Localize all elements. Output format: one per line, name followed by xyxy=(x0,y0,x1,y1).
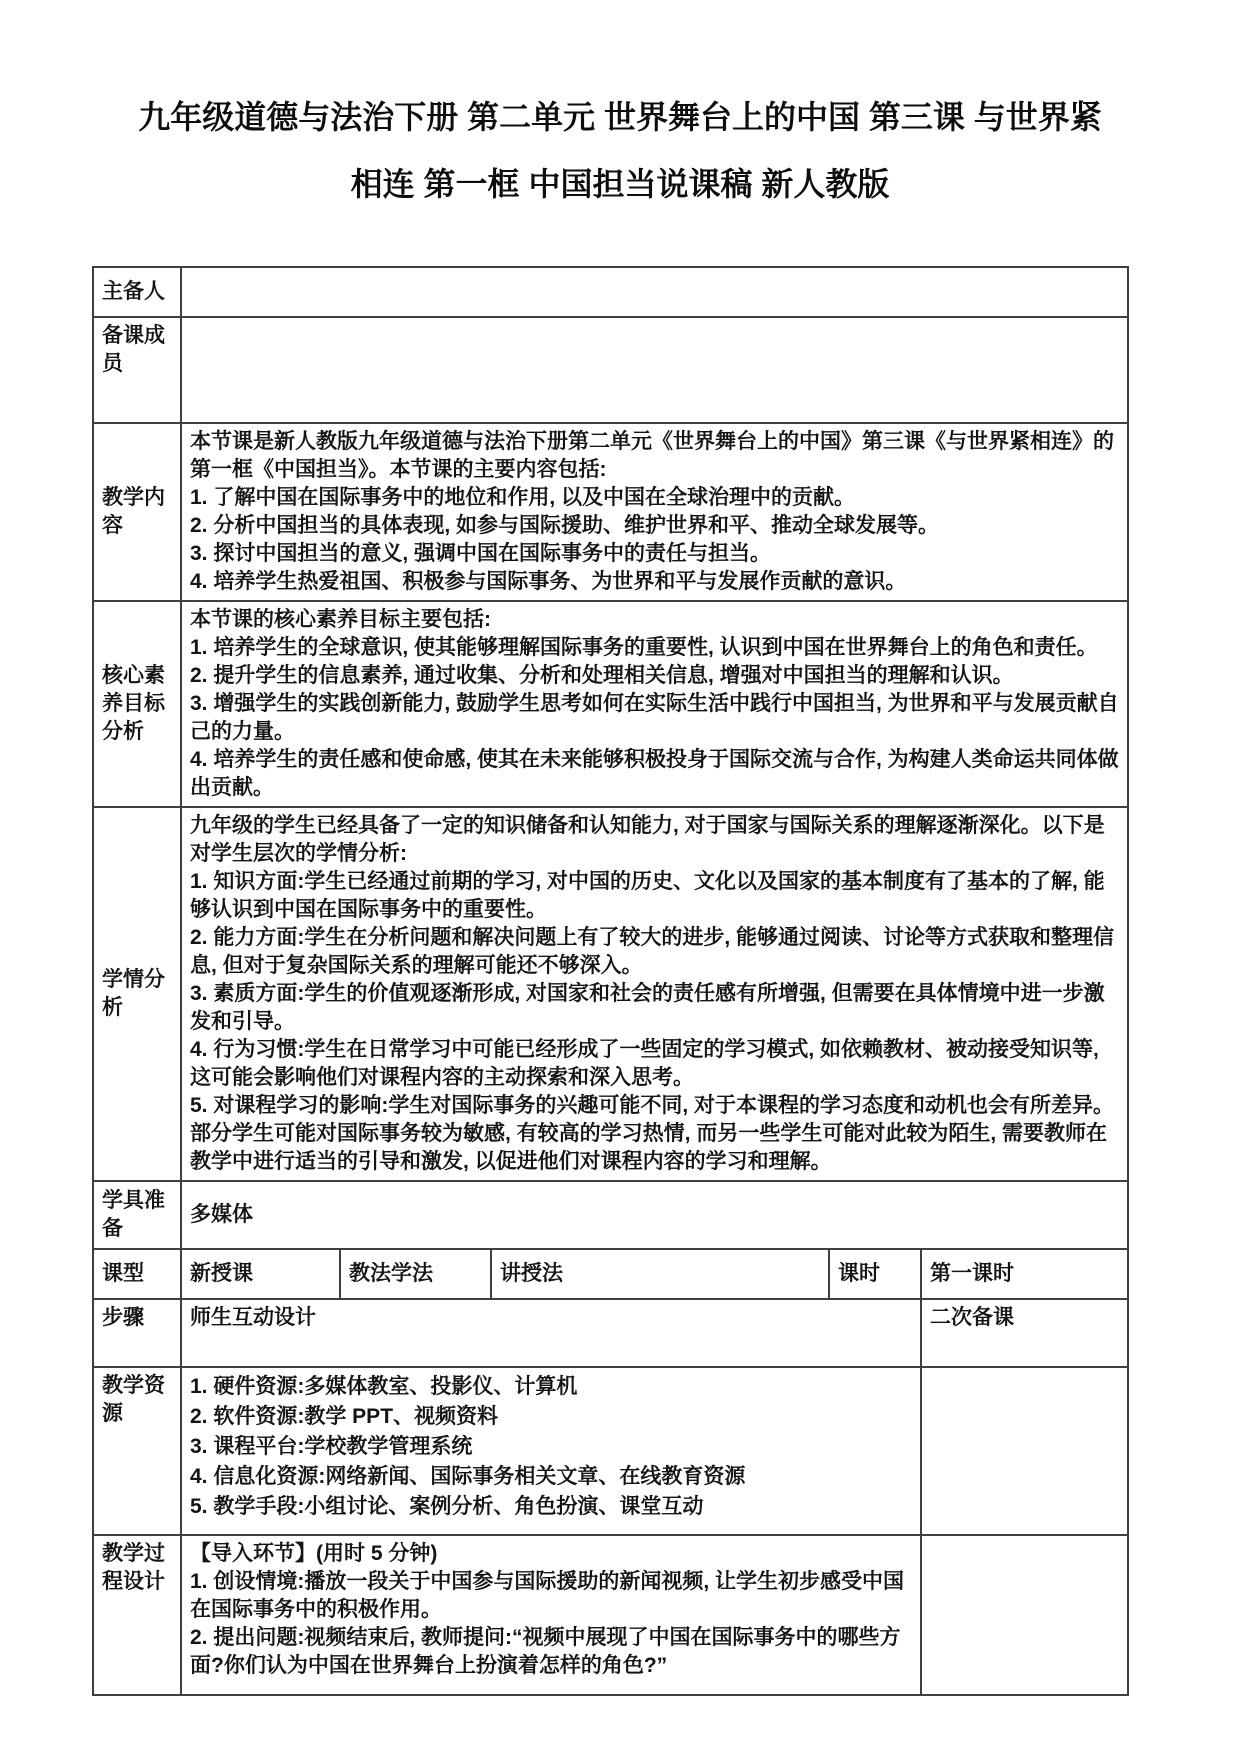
paragraph-line: 4. 行为习惯:学生在日常学习中可能已经形成了一些固定的学习模式, 如依赖教材、… xyxy=(190,1036,1119,1092)
lesson-type-value-cell: 新授课 xyxy=(181,1249,340,1299)
paragraph-line: 【导入环节】(用时 5 分钟) xyxy=(190,1540,912,1568)
paragraph-line: 3. 素质方面:学生的价值观逐渐形成, 对国家和社会的责任感有所增强, 但需要在… xyxy=(190,980,1119,1036)
paragraph-line: 1. 培养学生的全球意识, 使其能够理解国际事务的重要性, 认识到中国在世界舞台… xyxy=(190,634,1119,662)
paragraph-line: 2. 提升学生的信息素养, 通过收集、分析和处理相关信息, 增强对中国担当的理解… xyxy=(190,662,1119,690)
row-teaching-process: 教学过程设计 【导入环节】(用时 5 分钟)1. 创设情境:播放一段关于中国参与… xyxy=(93,1535,1128,1695)
interaction-design-cell: 师生互动设计 xyxy=(181,1299,921,1367)
learner-analysis-label: 学情分析 xyxy=(93,807,181,1181)
teaching-content-cell: 本节课是新人教版九年级道德与法治下册第二单元《世界舞台上的中国》第三课《与世界紧… xyxy=(181,423,1128,601)
paragraph-line: 1. 知识方面:学生已经通过前期的学习, 对中国的历史、文化以及国家的基本制度有… xyxy=(190,868,1119,924)
teaching-content-label: 教学内容 xyxy=(93,423,181,601)
lesson-plan-table: 主备人 备课成员 教学内容 本节课是新人教版九年级道德与法治下册第二单元《世界舞… xyxy=(92,266,1129,1696)
row-learner-analysis: 学情分析 九年级的学生已经具备了一定的知识储备和认知能力, 对于国家与国际关系的… xyxy=(93,807,1128,1181)
paragraph-line: 2. 软件资源:教学 PPT、视频资料 xyxy=(190,1402,912,1432)
paragraph-line: 5. 对课程学习的影响:学生对国际事务的兴趣可能不同, 对于本课程的学习态度和动… xyxy=(190,1092,1119,1176)
lesson-type-value: 新授课 xyxy=(190,1262,253,1285)
row-teaching-content: 教学内容 本节课是新人教版九年级道德与法治下册第二单元《世界舞台上的中国》第三课… xyxy=(93,423,1128,601)
teaching-content-text: 本节课是新人教版九年级道德与法治下册第二单元《世界舞台上的中国》第三课《与世界紧… xyxy=(190,428,1119,596)
paragraph-line: 1. 创设情境:播放一段关于中国参与国际援助的新闻视频, 让学生初步感受中国在国… xyxy=(190,1568,912,1624)
learner-analysis-cell: 九年级的学生已经具备了一定的知识储备和认知能力, 对于国家与国际关系的理解逐渐深… xyxy=(181,807,1128,1181)
lead-preparer-label: 主备人 xyxy=(93,267,181,317)
row-prep-team: 备课成员 xyxy=(93,317,1128,423)
steps-label: 步骤 xyxy=(93,1299,181,1367)
paragraph-line: 九年级的学生已经具备了一定的知识储备和认知能力, 对于国家与国际关系的理解逐渐深… xyxy=(190,812,1119,868)
row-learning-aids: 学具准备 多媒体 xyxy=(93,1181,1128,1249)
paragraph-line: 3. 课程平台:学校教学管理系统 xyxy=(190,1432,912,1462)
teaching-methods-label: 教法学法 xyxy=(340,1249,491,1299)
teaching-process-text: 【导入环节】(用时 5 分钟)1. 创设情境:播放一段关于中国参与国际援助的新闻… xyxy=(190,1540,912,1680)
paragraph-line: 4. 培养学生热爱祖国、积极参与国际事务、为世界和平与发展作贡献的意识。 xyxy=(190,568,1119,596)
paragraph-line: 2. 提出问题:视频结束后, 教师提问:“视频中展现了中国在国际事务中的哪些方面… xyxy=(190,1624,912,1680)
paragraph-line: 2. 分析中国担当的具体表现, 如参与国际援助、维护世界和平、推动全球发展等。 xyxy=(190,512,1119,540)
page-title: 九年级道德与法治下册 第二单元 世界舞台上的中国 第三课 与世界紧 相连 第一框… xyxy=(0,0,1240,218)
teaching-resources-label: 教学资源 xyxy=(93,1367,181,1535)
paragraph-line: 本节课的核心素养目标主要包括: xyxy=(190,606,1119,634)
paragraph-line: 1. 硬件资源:多媒体教室、投影仪、计算机 xyxy=(190,1372,912,1402)
paragraph-line: 4. 培养学生的责任感和使命感, 使其在未来能够积极投身于国际交流与合作, 为构… xyxy=(190,746,1119,802)
secondary-preparation-cell: 二次备课 xyxy=(921,1299,1128,1367)
paragraph-line: 5. 教学手段:小组讨论、案例分析、角色扮演、课堂互动 xyxy=(190,1492,912,1522)
paragraph-line: 3. 增强学生的实践创新能力, 鼓励学生思考如何在实际生活中践行中国担当, 为世… xyxy=(190,690,1119,746)
page-title-line-1: 九年级道德与法治下册 第二单元 世界舞台上的中国 第三课 与世界紧 xyxy=(0,84,1240,151)
teaching-methods-value: 讲授法 xyxy=(500,1262,563,1285)
teaching-resources-secondary-cell xyxy=(921,1367,1128,1535)
prep-team-label: 备课成员 xyxy=(93,317,181,423)
row-teaching-resources: 教学资源 1. 硬件资源:多媒体教室、投影仪、计算机2. 软件资源:教学 PPT… xyxy=(93,1367,1128,1535)
class-hours-value-cell: 第一课时 xyxy=(921,1249,1128,1299)
row-lesson-type: 课型 新授课 教法学法 讲授法 课时 第一课时 xyxy=(93,1249,1128,1299)
lead-preparer-value-cell xyxy=(181,267,1128,317)
row-lead-preparer: 主备人 xyxy=(93,267,1128,317)
core-competency-text: 本节课的核心素养目标主要包括:1. 培养学生的全球意识, 使其能够理解国际事务的… xyxy=(190,606,1119,802)
paragraph-line: 1. 了解中国在国际事务中的地位和作用, 以及中国在全球治理中的贡献。 xyxy=(190,484,1119,512)
paragraph-line: 2. 能力方面:学生在分析问题和解决问题上有了较大的进步, 能够通过阅读、讨论等… xyxy=(190,924,1119,980)
page-title-line-2: 相连 第一框 中国担当说课稿 新人教版 xyxy=(0,151,1240,218)
teaching-methods-value-cell: 讲授法 xyxy=(491,1249,829,1299)
learning-aids-value-cell: 多媒体 xyxy=(181,1181,1128,1249)
teaching-resources-text: 1. 硬件资源:多媒体教室、投影仪、计算机2. 软件资源:教学 PPT、视频资料… xyxy=(190,1372,912,1522)
paragraph-line: 本节课是新人教版九年级道德与法治下册第二单元《世界舞台上的中国》第三课《与世界紧… xyxy=(190,428,1119,484)
core-competency-cell: 本节课的核心素养目标主要包括:1. 培养学生的全球意识, 使其能够理解国际事务的… xyxy=(181,601,1128,807)
teaching-process-cell: 【导入环节】(用时 5 分钟)1. 创设情境:播放一段关于中国参与国际援助的新闻… xyxy=(181,1535,921,1695)
teaching-process-label: 教学过程设计 xyxy=(93,1535,181,1695)
lesson-type-label: 课型 xyxy=(93,1249,181,1299)
class-hours-label: 课时 xyxy=(829,1249,921,1299)
core-competency-label: 核心素养目标分析 xyxy=(93,601,181,807)
prep-team-value-cell xyxy=(181,317,1128,423)
class-hours-value: 第一课时 xyxy=(930,1262,1014,1285)
paragraph-line: 4. 信息化资源:网络新闻、国际事务相关文章、在线教育资源 xyxy=(190,1462,912,1492)
teaching-resources-cell: 1. 硬件资源:多媒体教室、投影仪、计算机2. 软件资源:教学 PPT、视频资料… xyxy=(181,1367,921,1535)
learning-aids-value: 多媒体 xyxy=(190,1203,253,1226)
learning-aids-label: 学具准备 xyxy=(93,1181,181,1249)
row-core-competency: 核心素养目标分析 本节课的核心素养目标主要包括:1. 培养学生的全球意识, 使其… xyxy=(93,601,1128,807)
learner-analysis-text: 九年级的学生已经具备了一定的知识储备和认知能力, 对于国家与国际关系的理解逐渐深… xyxy=(190,812,1119,1176)
document-page: 九年级道德与法治下册 第二单元 世界舞台上的中国 第三课 与世界紧 相连 第一框… xyxy=(0,0,1240,1753)
row-steps: 步骤 师生互动设计 二次备课 xyxy=(93,1299,1128,1367)
secondary-preparation-label: 二次备课 xyxy=(930,1306,1014,1329)
interaction-design-value: 师生互动设计 xyxy=(190,1306,316,1329)
paragraph-line: 3. 探讨中国担当的意义, 强调中国在国际事务中的责任与担当。 xyxy=(190,540,1119,568)
teaching-process-secondary-cell xyxy=(921,1535,1128,1695)
